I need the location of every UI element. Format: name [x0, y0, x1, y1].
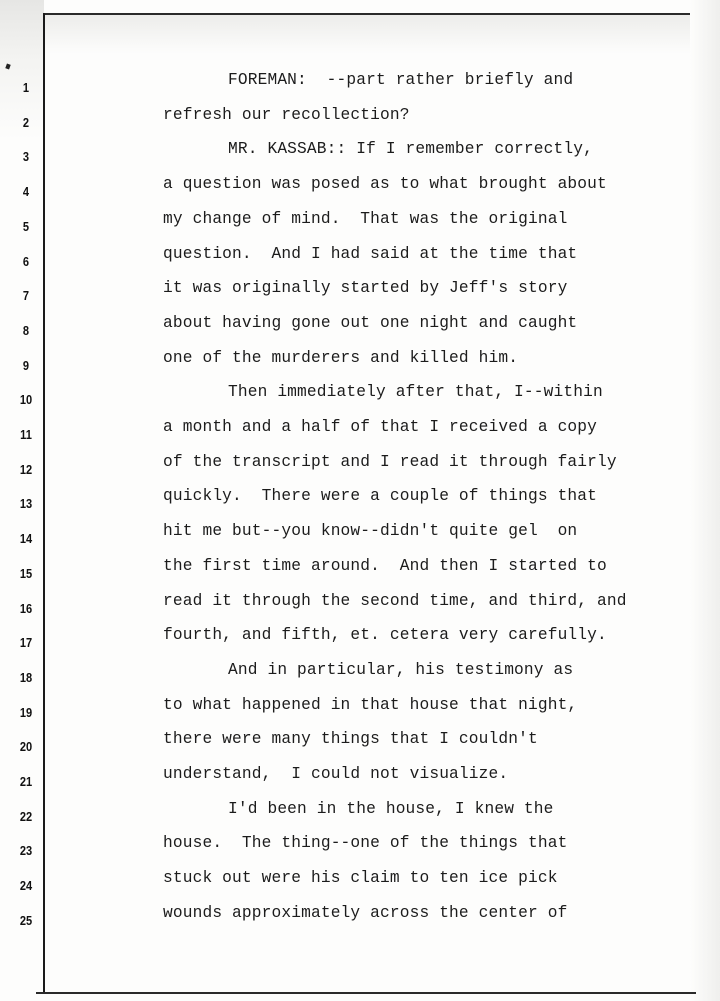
line-number: 3 [16, 149, 36, 164]
line-number: 19 [16, 705, 36, 720]
line-number: 8 [16, 323, 36, 338]
page-border-bottom [36, 992, 696, 994]
line-number: 13 [16, 496, 36, 511]
line-number: 18 [16, 670, 36, 685]
line-number: 15 [16, 566, 36, 581]
line-number: 21 [16, 774, 36, 789]
scan-shading-top [44, 14, 690, 54]
line-number: 16 [16, 601, 36, 616]
line-number: 7 [16, 288, 36, 303]
line-number: 24 [16, 878, 36, 893]
transcript-line: a question was posed as to what brought … [163, 175, 607, 193]
line-number: 14 [16, 531, 36, 546]
transcript-line: MR. KASSAB:: If I remember correctly, [228, 140, 593, 158]
transcript-line: I'd been in the house, I knew the [228, 800, 554, 818]
transcript-line: quickly. There were a couple of things t… [163, 487, 597, 505]
line-number: 17 [16, 635, 36, 650]
line-number: 22 [16, 809, 36, 824]
transcript-line: there were many things that I couldn't [163, 730, 538, 748]
line-number: 10 [16, 392, 36, 407]
transcript-line: And in particular, his testimony as [228, 661, 573, 679]
transcript-line: about having gone out one night and caug… [163, 314, 577, 332]
page-border-left-margin-rule [43, 13, 45, 994]
transcript-line: refresh our recollection? [163, 106, 410, 124]
line-number: 2 [16, 115, 36, 130]
transcript-line: house. The thing--one of the things that [163, 834, 567, 852]
line-number: 5 [16, 219, 36, 234]
transcript-line: a month and a half of that I received a … [163, 418, 597, 436]
transcript-line: question. And I had said at the time tha… [163, 245, 577, 263]
transcript-line: understand, I could not visualize. [163, 765, 508, 783]
transcript-line: it was originally started by Jeff's stor… [163, 279, 567, 297]
line-number: 1 [16, 80, 36, 95]
line-number: 20 [16, 739, 36, 754]
transcript-line: read it through the second time, and thi… [163, 592, 627, 610]
page-border-top [44, 13, 690, 15]
line-number: 9 [16, 358, 36, 373]
transcript-line: FOREMAN: --part rather briefly and [228, 71, 573, 89]
transcript-line: fourth, and fifth, et. cetera very caref… [163, 626, 607, 644]
transcript-line: wounds approximately across the center o… [163, 904, 567, 922]
line-number: 6 [16, 254, 36, 269]
transcript-line: to what happened in that house that nigh… [163, 696, 577, 714]
line-number: 23 [16, 843, 36, 858]
transcript-line: the first time around. And then I starte… [163, 557, 607, 575]
line-number: 25 [16, 913, 36, 928]
transcript-line: stuck out were his claim to ten ice pick [163, 869, 558, 887]
scan-shading-right [690, 0, 720, 1001]
line-number: 11 [16, 427, 36, 442]
transcript-line: hit me but--you know--didn't quite gel o… [163, 522, 577, 540]
line-number: 4 [16, 184, 36, 199]
line-number: 12 [16, 462, 36, 477]
transcript-line: my change of mind. That was the original [163, 210, 567, 228]
transcript-line: one of the murderers and killed him. [163, 349, 518, 367]
transcript-line: of the transcript and I read it through … [163, 453, 617, 471]
transcript-line: Then immediately after that, I--within [228, 383, 603, 401]
